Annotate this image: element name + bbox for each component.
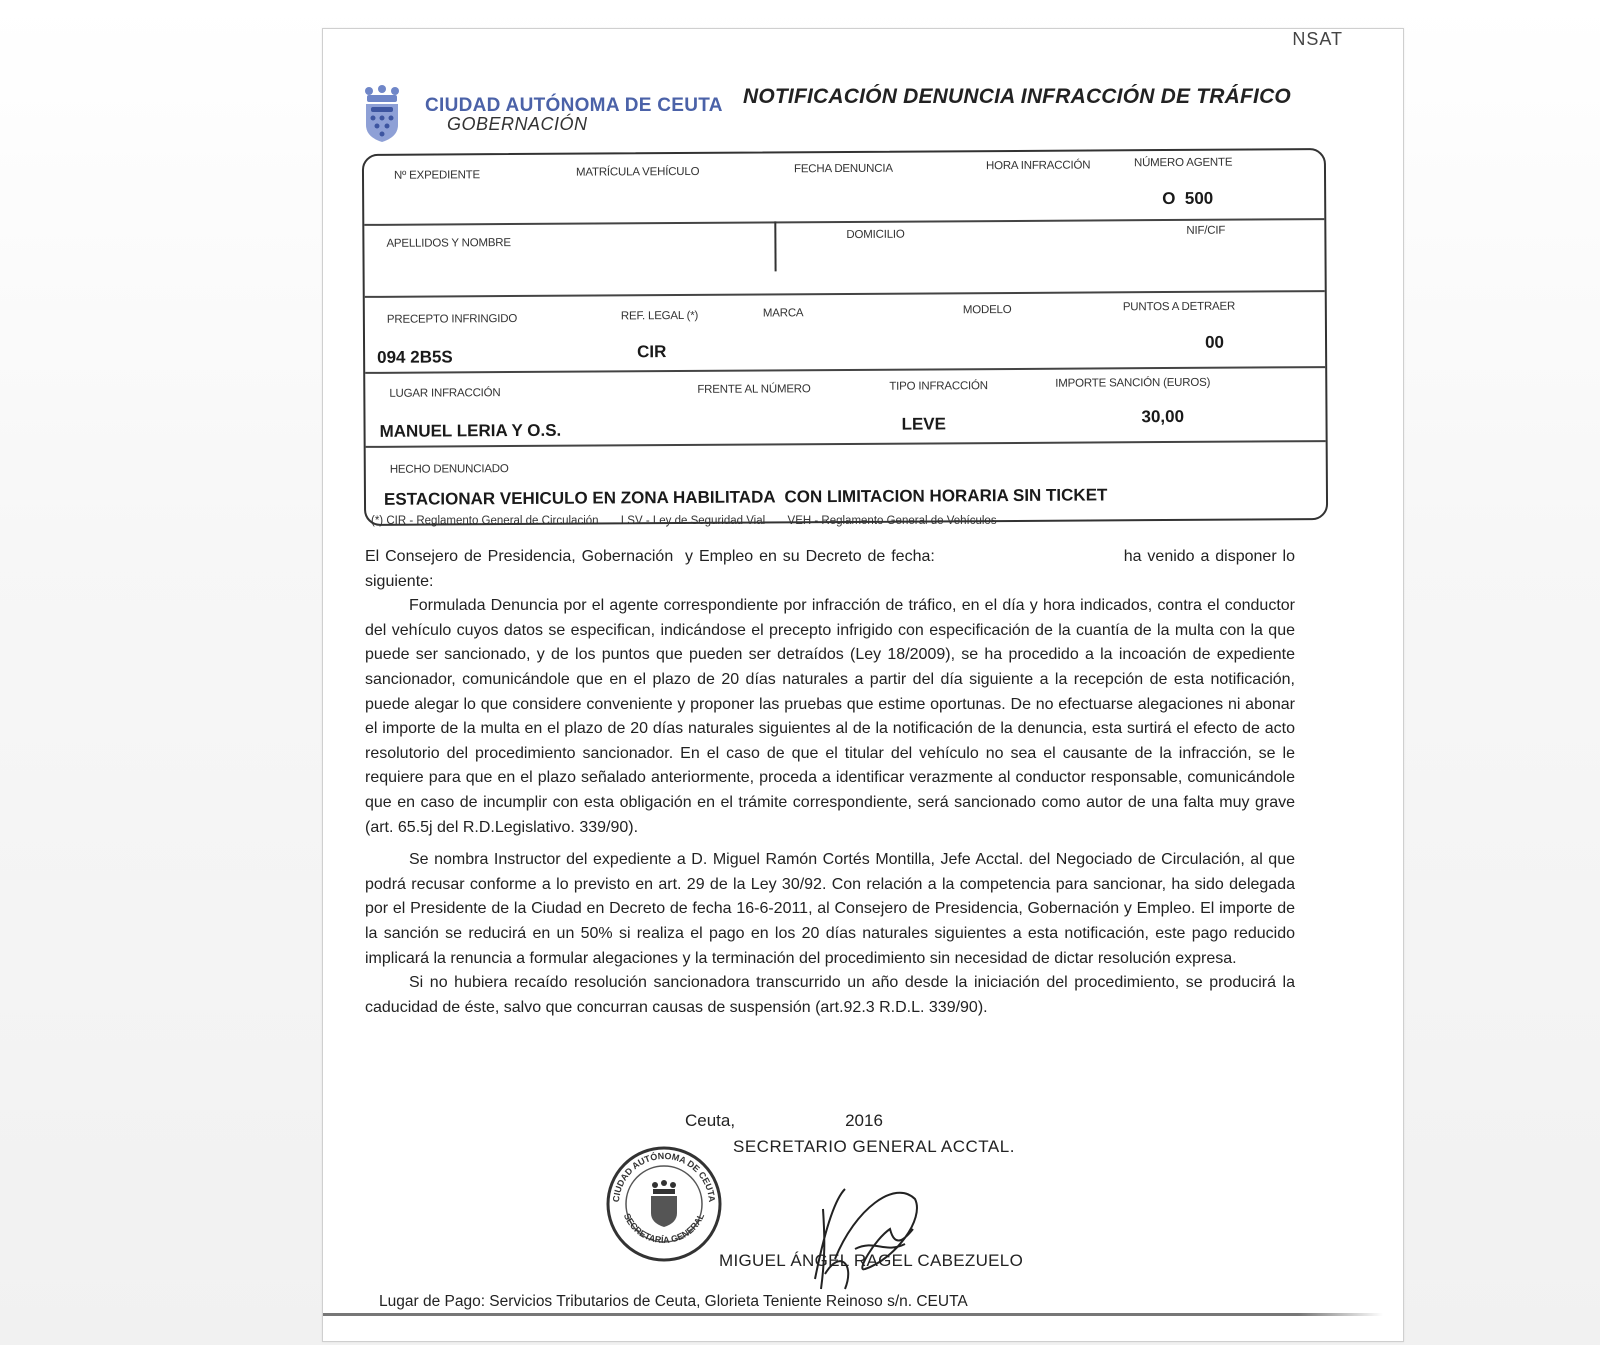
puntos-value: 00 bbox=[1205, 333, 1224, 353]
body-paragraph-caducidad: Si no hubiera recaído resolución sancion… bbox=[365, 971, 1295, 1020]
official-stamp-icon: CIUDAD AUTÓNOMA DE CEUTA SECRETARÍA GENE… bbox=[605, 1145, 723, 1263]
nif-cif-label: NIF/CIF bbox=[1186, 225, 1225, 237]
tipo-infraccion-label: TIPO INFRACCIÓN bbox=[889, 380, 988, 393]
lugar-label: LUGAR INFRACCIÓN bbox=[389, 387, 500, 400]
marca-label: MARCA bbox=[763, 307, 804, 319]
signature-icon bbox=[795, 1169, 935, 1299]
matricula-label: MATRÍCULA VEHÍCULO bbox=[576, 166, 699, 179]
payment-place: Lugar de Pago: Servicios Tributarios de … bbox=[379, 1293, 968, 1311]
hora-infraccion-label: HORA INFRACCIÓN bbox=[986, 159, 1090, 172]
column-divider bbox=[774, 221, 776, 271]
ref-legal-value: CIR bbox=[637, 342, 666, 362]
frente-numero-label: FRENTE AL NÚMERO bbox=[697, 383, 810, 396]
bottom-divider bbox=[323, 1313, 1383, 1316]
numero-agente-value: O 500 bbox=[1162, 189, 1213, 209]
puntos-label: PUNTOS A DETRAER bbox=[1123, 301, 1235, 314]
legal-reference-legend: (*) CIR - Reglamento General de Circulac… bbox=[371, 515, 997, 527]
infraction-form: Nº EXPEDIENTE MATRÍCULA VEHÍCULO FECHA D… bbox=[362, 148, 1328, 526]
document-page: NSAT CIUDAD AUTÓNOMA DE CEUTA GOBERNACIÓ… bbox=[322, 28, 1404, 1342]
notification-body: El Consejero de Presidencia, Gobernación… bbox=[365, 545, 1295, 1020]
lugar-value: MANUEL LERIA Y O.S. bbox=[380, 421, 562, 442]
form-row-fact: HECHO DENUNCIADO ESTACIONAR VEHICULO EN … bbox=[366, 440, 1326, 522]
fecha-denuncia-label: FECHA DENUNCIA bbox=[794, 163, 893, 176]
year: 2016 bbox=[845, 1111, 883, 1130]
corner-code: NSAT bbox=[1292, 29, 1343, 50]
form-row-identification: Nº EXPEDIENTE MATRÍCULA VEHÍCULO FECHA D… bbox=[364, 150, 1324, 226]
form-row-location: LUGAR INFRACCIÓN MANUEL LERIA Y O.S. FRE… bbox=[365, 366, 1325, 448]
tipo-infraccion-value: LEVE bbox=[901, 414, 946, 434]
form-row-personal: APELLIDOS Y NOMBRE DOMICILIO NIF/CIF bbox=[364, 218, 1324, 298]
org-department: GOBERNACIÓN bbox=[447, 114, 588, 135]
ceuta-crest-icon bbox=[361, 85, 403, 143]
body-paragraph-decree: El Consejero de Presidencia, Gobernación… bbox=[365, 545, 1295, 594]
city: Ceuta, bbox=[685, 1111, 735, 1130]
expediente-label: Nº EXPEDIENTE bbox=[394, 169, 480, 182]
hecho-denunciado-value: ESTACIONAR VEHICULO EN ZONA HABILITADA C… bbox=[384, 485, 1108, 509]
body-paragraph-instructor: Se nombra Instructor del expediente a D.… bbox=[365, 848, 1295, 971]
modelo-label: MODELO bbox=[963, 304, 1012, 316]
document-title: NOTIFICACIÓN DENUNCIA INFRACCIÓN DE TRÁF… bbox=[743, 85, 1291, 109]
precepto-value: 094 2B5S bbox=[377, 347, 453, 367]
ref-legal-label: REF. LEGAL (*) bbox=[621, 310, 698, 322]
apellidos-nombre-label: APELLIDOS Y NOMBRE bbox=[386, 237, 511, 250]
form-row-precept: PRECEPTO INFRINGIDO 094 2B5S REF. LEGAL … bbox=[365, 290, 1325, 374]
body-paragraph-denuncia: Formulada Denuncia por el agente corresp… bbox=[365, 594, 1295, 840]
secretary-title: SECRETARIO GENERAL ACCTAL. bbox=[733, 1137, 1015, 1157]
place-date: Ceuta,2016 bbox=[685, 1111, 993, 1131]
signer-name: MIGUEL ÁNGEL RAGEL CABEZUELO bbox=[719, 1251, 1023, 1271]
importe-label: IMPORTE SANCIÓN (EUROS) bbox=[1055, 377, 1210, 390]
importe-value: 30,00 bbox=[1141, 407, 1184, 427]
domicilio-label: DOMICILIO bbox=[846, 229, 904, 241]
precepto-label: PRECEPTO INFRINGIDO bbox=[387, 313, 517, 326]
numero-agente-label: NÚMERO AGENTE bbox=[1134, 157, 1232, 170]
hecho-denunciado-label: HECHO DENUNCIADO bbox=[390, 463, 509, 476]
